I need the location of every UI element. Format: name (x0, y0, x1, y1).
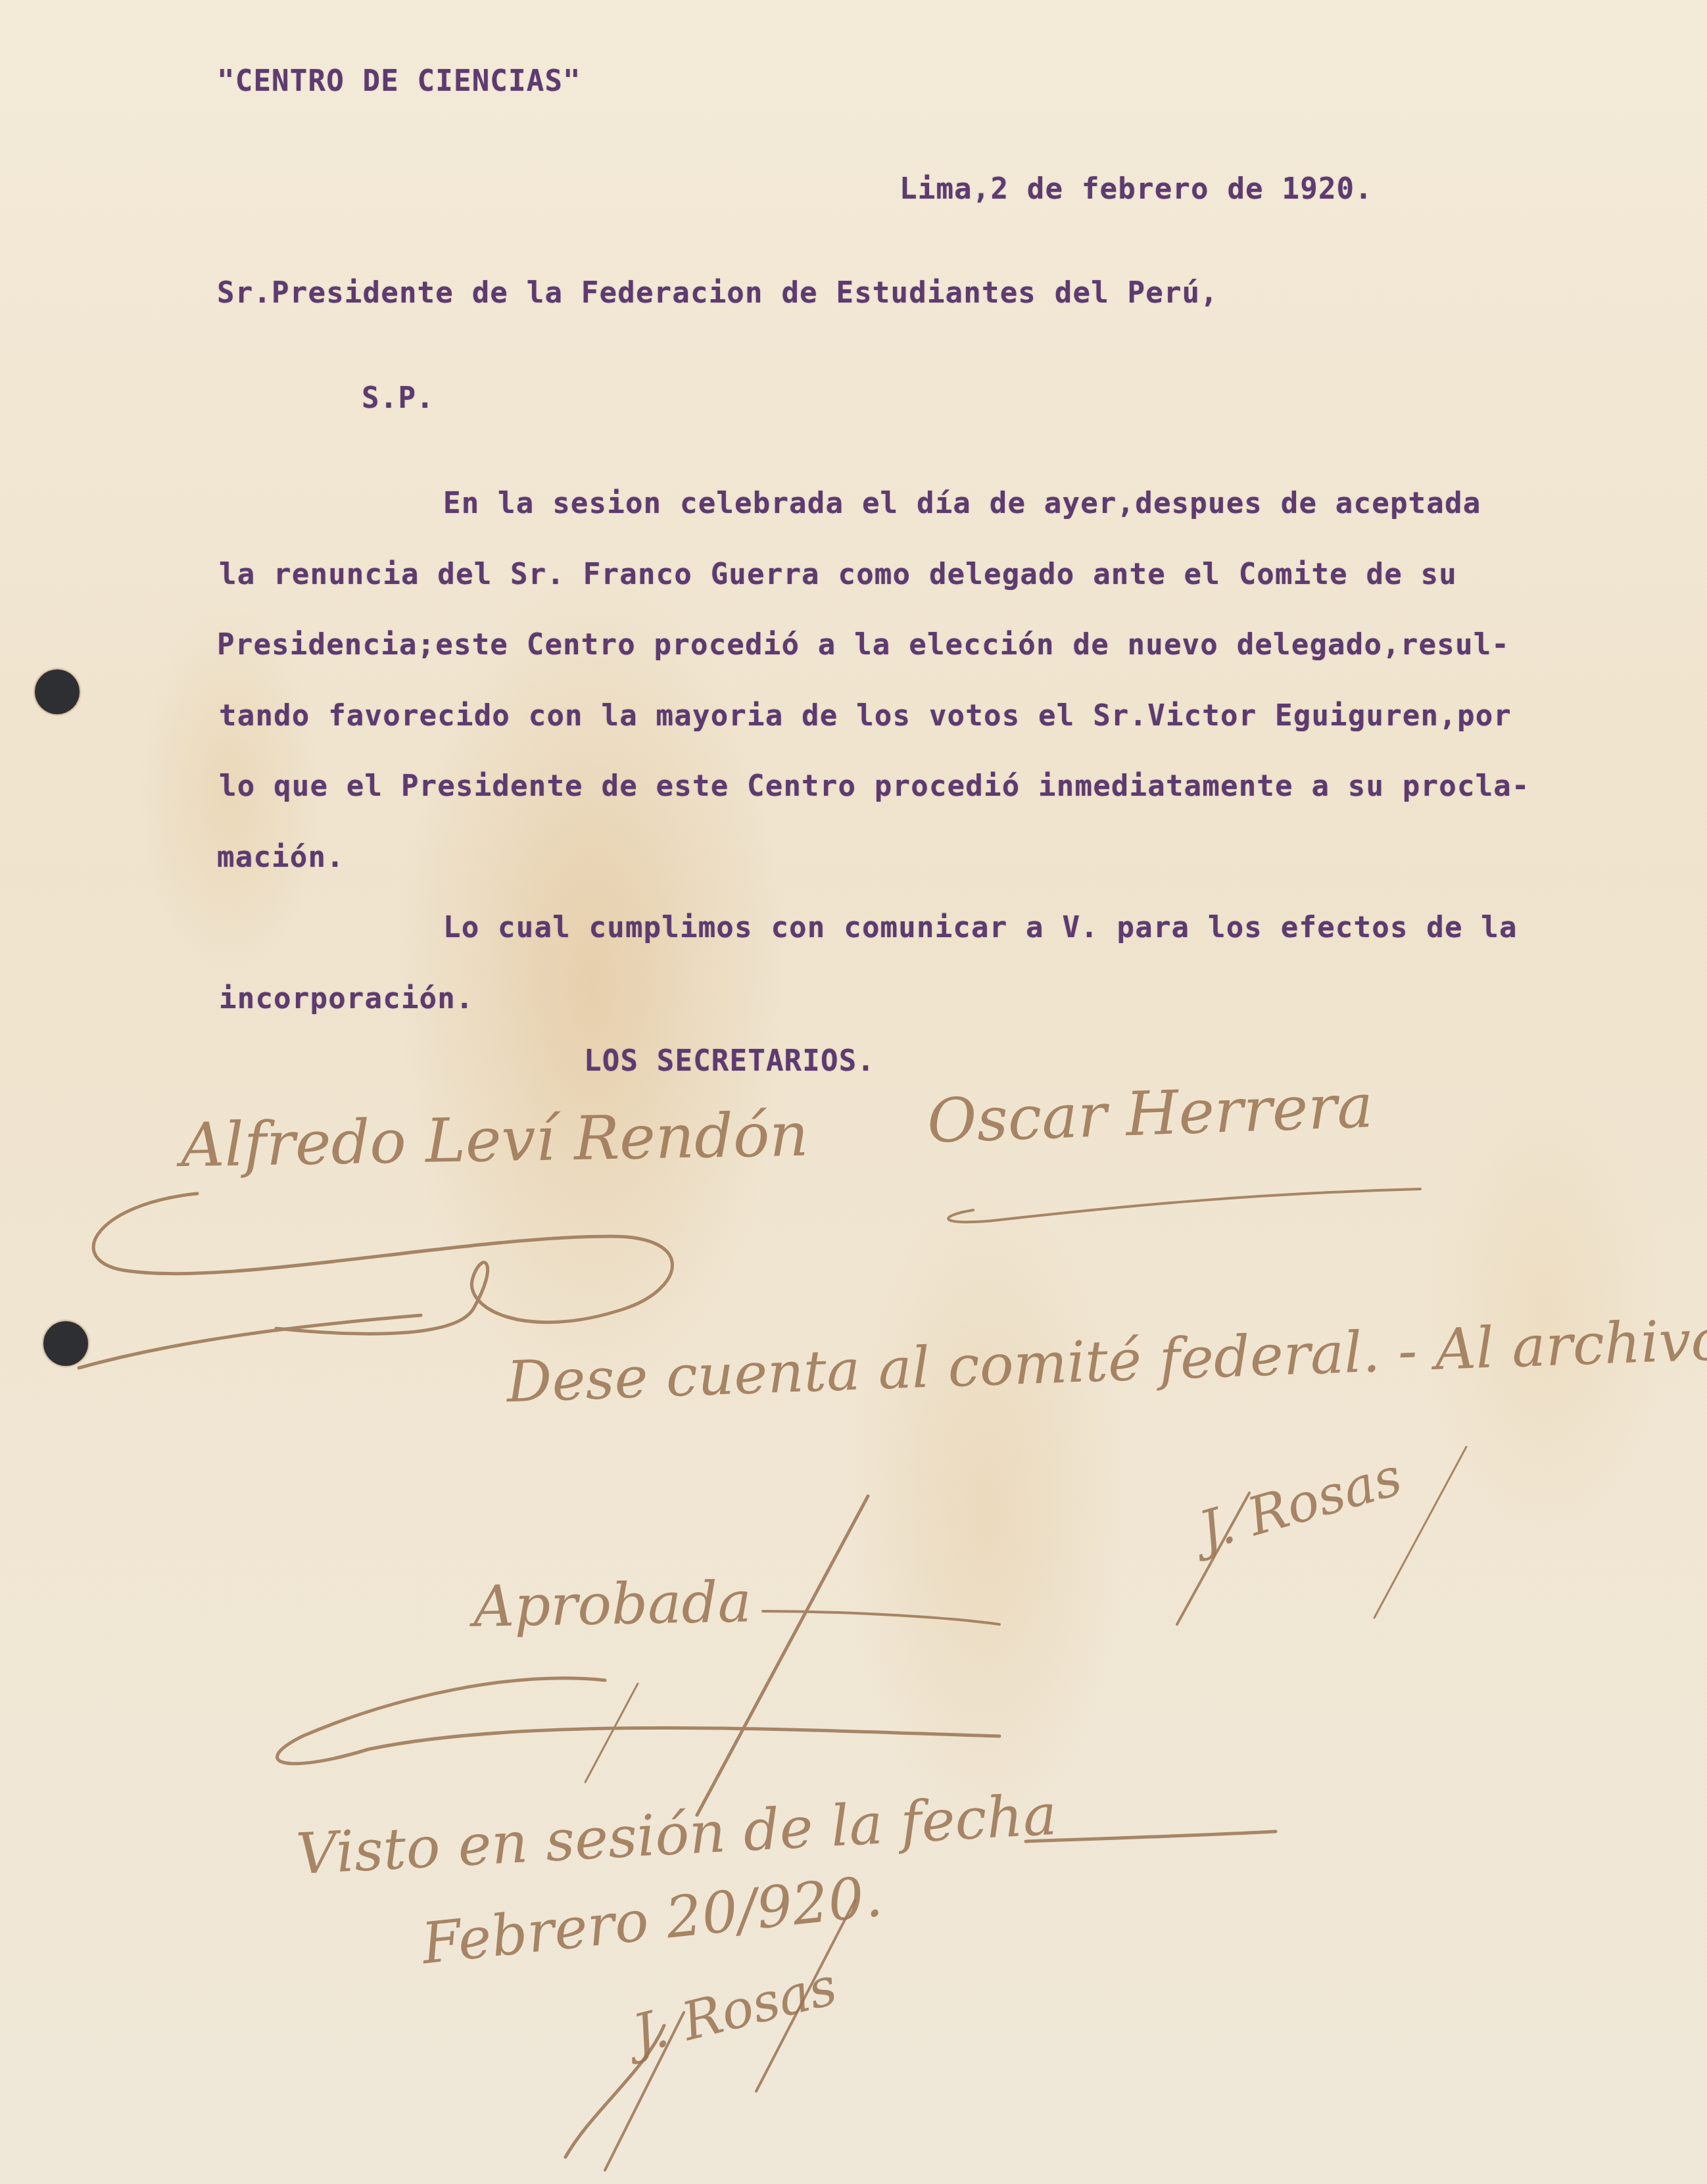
closing-line-1: Lo cual cumplimos con comunicar a V. par… (443, 911, 1518, 944)
signatory-heading: LOS SECRETARIOS. (584, 1044, 875, 1078)
punch-hole-lower (43, 1321, 88, 1366)
body-line-4: tando favorecido con la mayoria de los v… (219, 699, 1512, 733)
annotation-visto-en-sesion: Visto en sesión de la fecha (295, 1782, 1058, 1887)
date-line: Lima,2 de febrero de 1920. (900, 172, 1373, 206)
body-line-5: lo que el Presidente de este Centro proc… (219, 769, 1530, 803)
document-page: "CENTRO DE CIENCIAS" Lima,2 de febrero d… (0, 0, 1707, 2184)
addressee-line: Sr.Presidente de la Federacion de Estudi… (217, 276, 1218, 310)
body-line-2: la renuncia del Sr. Franco Guerra como d… (219, 558, 1457, 591)
signature-alfredo-levi-rendon: Alfredo Leví Rendón (180, 1100, 809, 1181)
body-line-6: mación. (217, 840, 345, 874)
annotation-dese-cuenta: Dese cuenta al comité federal. - Al arch… (506, 1307, 1707, 1416)
signature-j-rosas-2: J. Rosas (627, 1955, 842, 2064)
signature-oscar-herrera: Oscar Herrera (926, 1071, 1374, 1157)
body-line-1: En la sesion celebrada el día de ayer,de… (443, 487, 1481, 520)
annotation-aprobada: Aprobada (473, 1569, 752, 1639)
punch-hole-upper (35, 669, 80, 714)
salutation: S.P. (362, 381, 435, 415)
letterhead: "CENTRO DE CIENCIAS" (217, 64, 581, 98)
closing-line-2: incorporación. (219, 982, 474, 1015)
body-line-3: Presidencia;este Centro procedió a la el… (217, 628, 1510, 662)
signature-j-rosas-1: J. Rosas (1192, 1445, 1408, 1561)
